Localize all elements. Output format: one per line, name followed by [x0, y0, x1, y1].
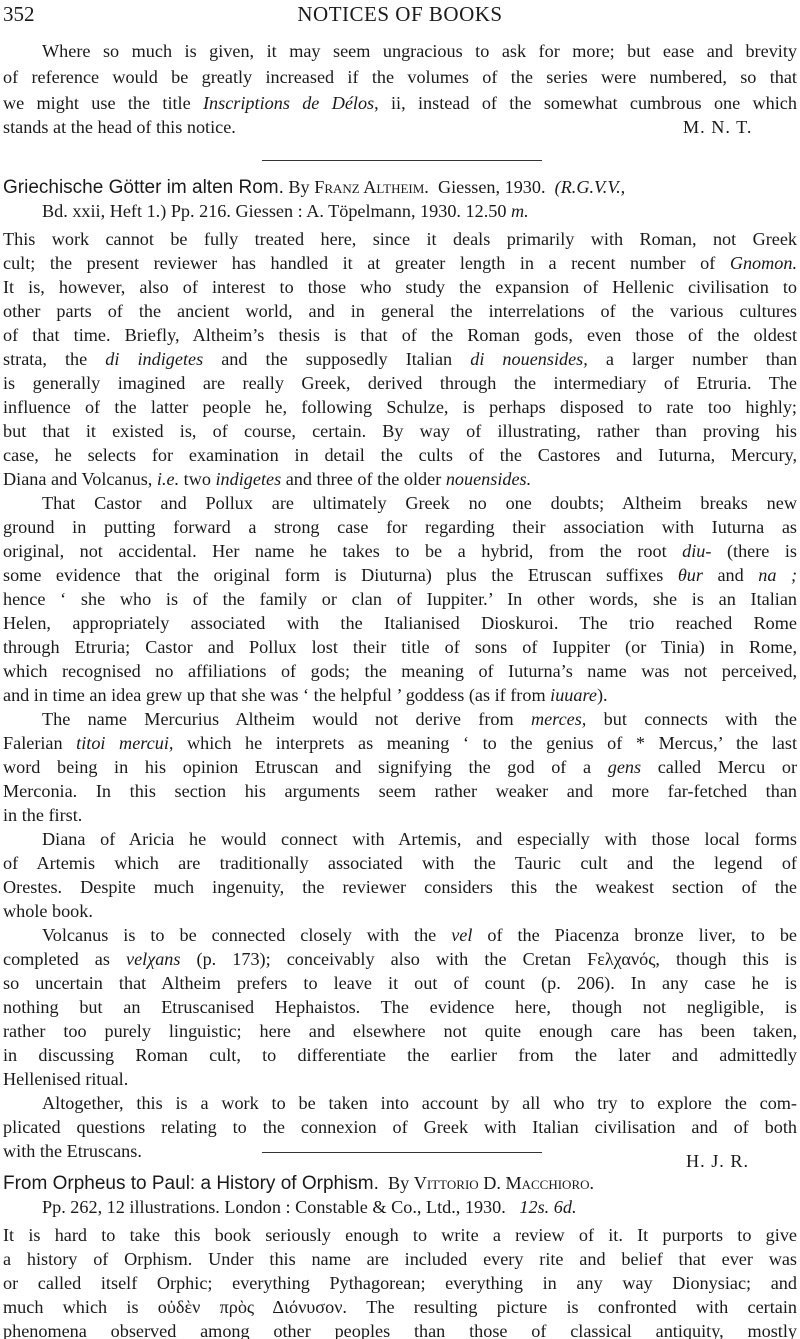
text-line: Helen, appropriately associated with the… [3, 612, 797, 634]
text-line: hence ‘ she who is of the family or clan… [3, 588, 797, 610]
text-line: through Etruria; Castor and Pollux lost … [3, 636, 797, 658]
italic-title: Inscriptions de Délos [203, 93, 374, 113]
text-line: completed as velχans (p. 173); conceivab… [3, 948, 797, 970]
text-line: phenomena observed among other peoples t… [3, 1320, 797, 1339]
running-title: NOTICES OF BOOKS [0, 2, 800, 27]
review-imprint: Bd. xxii, Heft 1.) Pp. 216. Giessen : A.… [42, 200, 797, 222]
text-line: Altogether, this is a work to be taken i… [42, 1092, 797, 1114]
text-line: other parts of the ancient world, and in… [3, 300, 797, 322]
reviewer-signature: M. N. T. [683, 116, 752, 138]
text-line: This work cannot be fully treated here, … [3, 228, 797, 250]
text-line: ground in putting forward a strong case … [3, 516, 797, 538]
text-line: original, not accidental. Her name he ta… [3, 540, 797, 562]
text-line: Merconia. In this section his arguments … [3, 780, 797, 802]
text-line: Falerian titoi mercui, which he interpre… [3, 732, 797, 754]
text-line: of reference would be greatly increased … [3, 66, 797, 88]
text-line: cult; the present reviewer has handled i… [3, 252, 797, 274]
text-line: case, he selects for examination in deta… [3, 444, 797, 466]
text-line: word being in his opinion Etruscan and s… [3, 756, 797, 778]
review-heading: From Orpheus to Paul: a History of Orphi… [3, 1172, 797, 1195]
text-line: so uncertain that Altheim prefers to lea… [3, 972, 797, 994]
text-line: Where so much is given, it may seem ungr… [42, 40, 797, 62]
text-line: That Castor and Pollux are ultimately Gr… [42, 492, 797, 514]
text-line: of that time. Briefly, Altheim’s thesis … [3, 324, 797, 346]
text-line: It is hard to take this book seriously e… [3, 1224, 797, 1246]
book-author: Franz Altheim. [314, 177, 429, 197]
text-line: whole book. [3, 900, 797, 922]
text-line: a history of Orphism. Under this name ar… [3, 1248, 797, 1270]
text-line: which recognised no affiliations of gods… [3, 660, 797, 682]
text-line: but that it existed is, of course, certa… [3, 420, 797, 442]
text-line: rather too purely linguistic; here and e… [3, 1020, 797, 1042]
text-line: It is, however, also of interest to thos… [3, 276, 797, 298]
text-line: and in time an idea grew up that she was… [3, 684, 797, 706]
text-line: stands at the head of this notice. [3, 116, 797, 138]
text-line: much which is οὐδὲν πρὸς Διόνυσον. The r… [3, 1296, 797, 1318]
text-line: strata, the di indigetes and the suppose… [3, 348, 797, 370]
text-line: we might use the title Inscriptions de D… [3, 92, 797, 114]
journal-page: 352 NOTICES OF BOOKS Where so much is gi… [0, 0, 800, 1339]
book-title: From Orpheus to Paul: a History of Orphi… [3, 1173, 379, 1194]
text-line: nothing but an Etruscanised Hephaistos. … [3, 996, 797, 1018]
book-title: Griechische Götter im alten Rom. [3, 177, 284, 198]
text-line: influence of the latter people he, follo… [3, 396, 797, 418]
text-line: some evidence that the original form is … [3, 564, 797, 586]
text-line: with the Etruscans. [3, 1140, 797, 1162]
section-divider [262, 1152, 542, 1153]
text-line: The name Mercurius Altheim would not der… [42, 708, 797, 730]
review-imprint: Pp. 262, 12 illustrations. London : Cons… [42, 1196, 797, 1218]
review-heading: Griechische Götter im alten Rom. By Fran… [3, 176, 797, 199]
text-line: Diana and Volcanus, i.e. two indigetes a… [3, 468, 797, 490]
text-line: in discussing Roman cult, to differentia… [3, 1044, 797, 1066]
text-line: or called itself Orphic; everything Pyth… [3, 1272, 797, 1294]
text-line: of Artemis which are traditionally assoc… [3, 852, 797, 874]
reviewer-signature: H. J. R. [686, 1150, 749, 1172]
text-line: is generally imagined are really Greek, … [3, 372, 797, 394]
text-line: Orestes. Despite much ingenuity, the rev… [3, 876, 797, 898]
text-line: in the first. [3, 804, 797, 826]
section-divider [262, 160, 542, 161]
text-line: Volcanus is to be connected closely with… [42, 924, 797, 946]
book-author: Vittorio D. Macchioro. [414, 1173, 594, 1193]
text-line: Hellenised ritual. [3, 1068, 797, 1090]
text-line: plicated questions relating to the conne… [3, 1116, 797, 1138]
text-line: Diana of Aricia he would connect with Ar… [42, 828, 797, 850]
